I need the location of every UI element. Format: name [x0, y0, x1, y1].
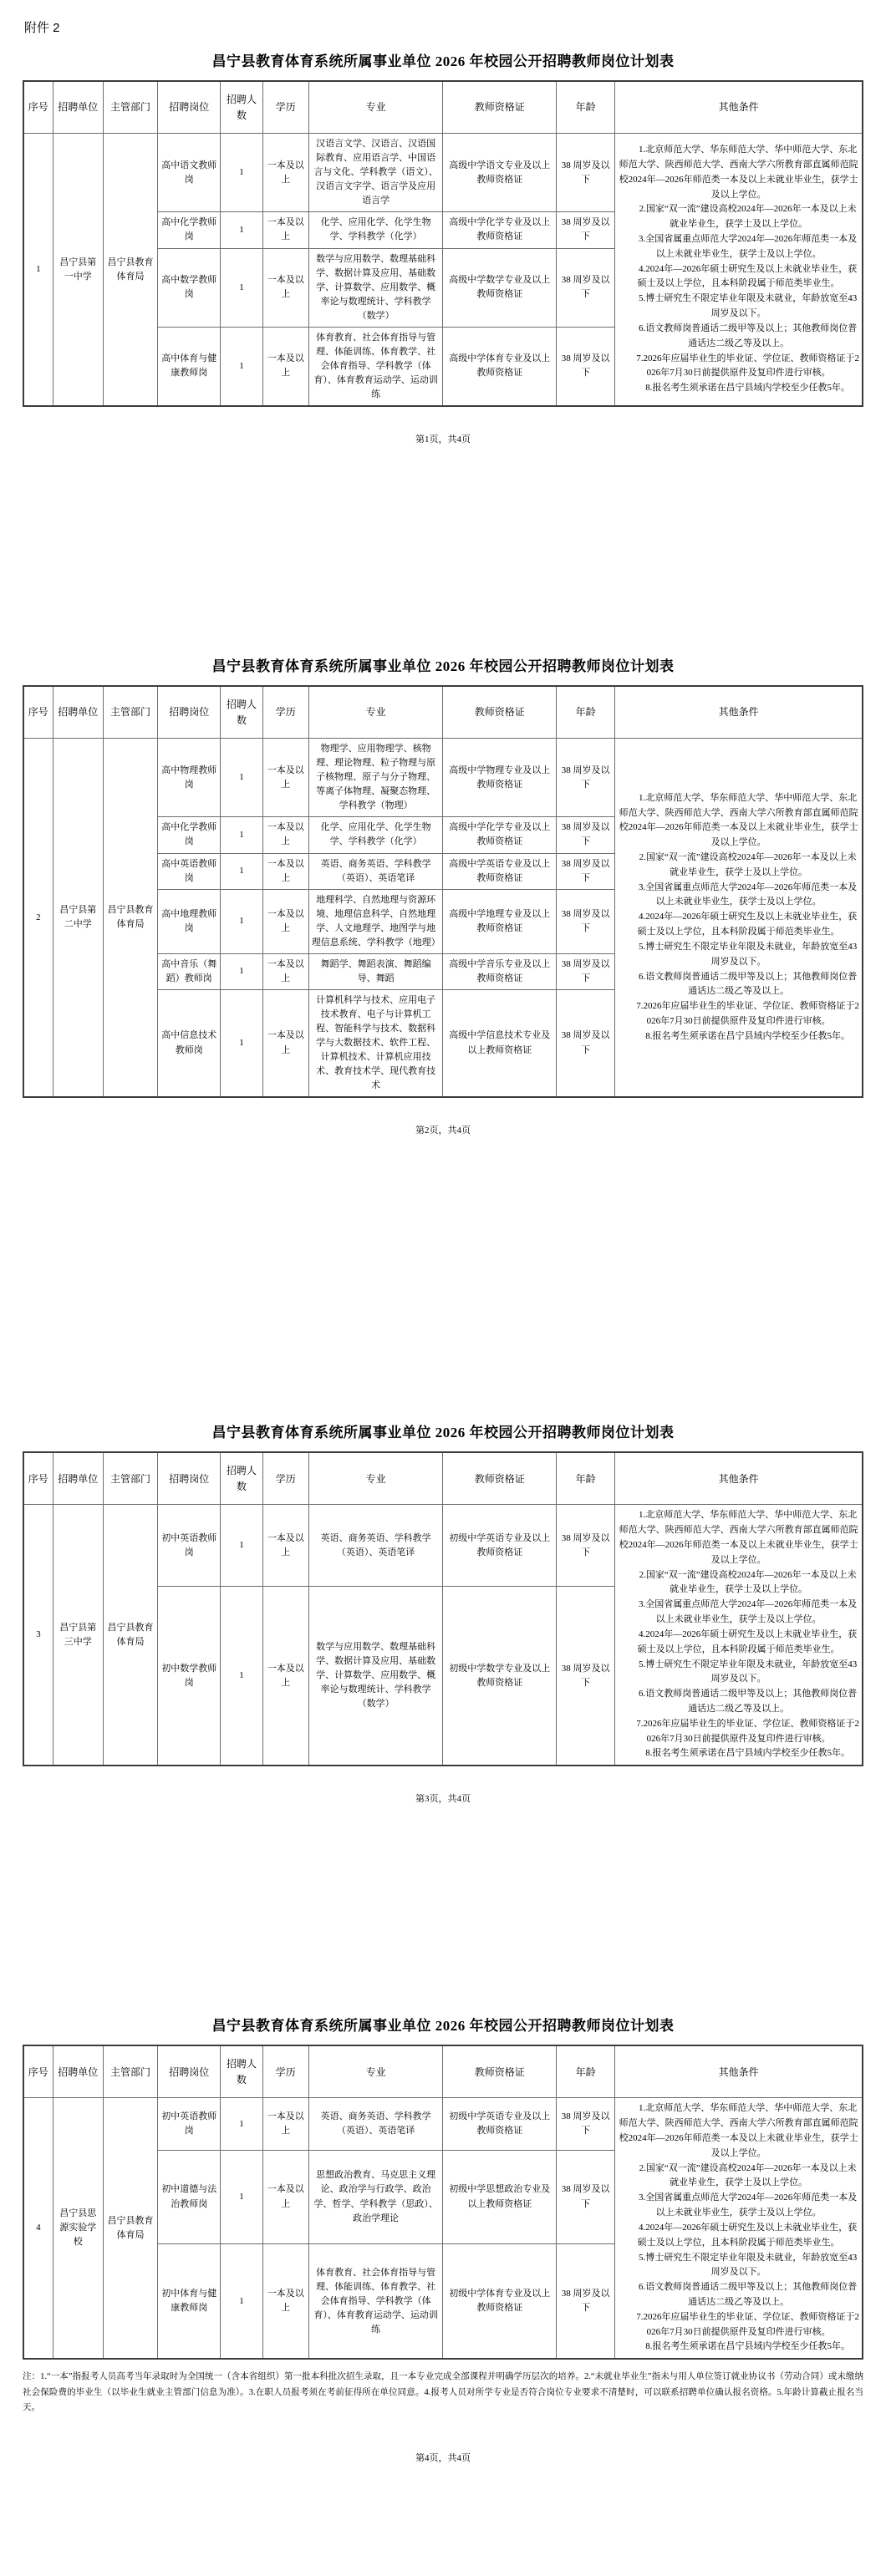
header-cell-8: 年龄 [556, 81, 614, 134]
header-cell-0: 序号 [23, 1452, 53, 1505]
count-cell: 1 [221, 953, 262, 989]
header-row: 序号招聘单位主管部门招聘岗位招聘人数学历专业教师资格证年龄其他条件 [23, 686, 863, 739]
cert-cell: 高级中学语文专业及以上教师资格证 [443, 134, 557, 212]
condition-item-8: 8.报名考生须承诺在昌宁县域内学校至少任教5年。 [618, 1029, 859, 1044]
header-cell-0: 序号 [23, 2045, 53, 2098]
header-cell-7: 教师资格证 [443, 686, 557, 739]
page-footer: 第1页，共4页 [23, 432, 863, 445]
condition-item-3: 3.全国省属重点师范大学2024年—2026年师范类一本及以上未就业毕业生，获学… [618, 881, 859, 911]
age-cell: 38 周岁及以下 [556, 134, 614, 212]
seq-cell: 4 [23, 2098, 53, 2359]
cert-cell: 高级中学化学专业及以上教师资格证 [443, 817, 557, 853]
condition-item-1: 1.北京师范大学、华东师范大学、华中师范大学、东北师范大学、陕西师范大学、西南大… [618, 143, 859, 202]
header-cell-7: 教师资格证 [443, 2045, 557, 2098]
cert-cell: 高级中学信息技术专业及以上教师资格证 [443, 989, 557, 1097]
count-cell: 1 [221, 817, 262, 853]
condition-item-8: 8.报名考生须承诺在昌宁县域内学校至少任教5年。 [618, 2340, 859, 2355]
header-cell-0: 序号 [23, 686, 53, 739]
degree-cell: 一本及以上 [262, 953, 308, 989]
page-footer: 第3页，共4页 [23, 1791, 863, 1805]
post-cell: 高中化学教师岗 [158, 212, 221, 248]
degree-cell: 一本及以上 [262, 212, 308, 248]
age-cell: 38 周岁及以下 [556, 2244, 614, 2360]
degree-cell: 一本及以上 [262, 134, 308, 212]
page-footer: 第2页，共4页 [23, 1123, 863, 1136]
cert-cell: 高级中学体育专业及以上教师资格证 [443, 327, 557, 406]
major-cell: 英语、商务英语、学科教学（英语）、英语笔译 [308, 2098, 443, 2151]
post-cell: 高中音乐（舞蹈）教师岗 [158, 953, 221, 989]
count-cell: 1 [221, 853, 262, 889]
recruitment-table: 序号招聘单位主管部门招聘岗位招聘人数学历专业教师资格证年龄其他条件3昌宁县第三中… [23, 1451, 863, 1766]
cert-cell: 高级中学音乐专业及以上教师资格证 [443, 953, 557, 989]
cert-cell: 高级中学数学专业及以上教师资格证 [443, 248, 557, 327]
notes-text: 注：1.“一本”指报考人员高考当年录取时为全国统一（含本省组织）第一批本科批次招… [23, 2370, 863, 2416]
major-cell: 物理学、应用物理学、核物理、理论物理、粒子物理与原子核物理、原子与分子物理、等离… [308, 739, 443, 817]
header-cell-5: 学历 [262, 686, 308, 739]
table-header: 序号招聘单位主管部门招聘岗位招聘人数学历专业教师资格证年龄其他条件 [23, 686, 863, 739]
post-cell: 初中英语教师岗 [158, 1505, 221, 1587]
age-cell: 38 周岁及以下 [556, 817, 614, 853]
major-cell: 地理科学、自然地理与资源环境、地理信息科学、自然地理学、人文地理学、地图学与地理… [308, 889, 443, 953]
cert-cell: 高级中学物理专业及以上教师资格证 [443, 739, 557, 817]
cert-cell: 初级中学英语专业及以上教师资格证 [443, 1505, 557, 1587]
condition-item-6: 6.语文教师岗普通话二级甲等及以上；其他教师岗位普通话达二级乙等及以上。 [618, 970, 859, 1000]
age-cell: 38 周岁及以下 [556, 2150, 614, 2243]
header-cell-6: 专业 [308, 686, 443, 739]
cert-cell: 初级中学数学专业及以上教师资格证 [443, 1587, 557, 1766]
page-title: 昌宁县教育体育系统所属事业单位 2026 年校园公开招聘教师岗位计划表 [23, 654, 863, 675]
conditions-cell: 1.北京师范大学、华东师范大学、华中师范大学、东北师范大学、陕西师范大学、西南大… [615, 739, 863, 1098]
table-body: 3昌宁县第三中学昌宁县教育体育局初中英语教师岗1一本及以上英语、商务英语、学科教… [23, 1505, 863, 1766]
table-body: 2昌宁县第二中学昌宁县教育体育局高中物理教师岗1一本及以上物理学、应用物理学、核… [23, 739, 863, 1098]
header-cell-6: 专业 [308, 2045, 443, 2098]
dept-cell: 昌宁县教育体育局 [103, 739, 157, 1098]
recruitment-table: 序号招聘单位主管部门招聘岗位招聘人数学历专业教师资格证年龄其他条件2昌宁县第二中… [23, 685, 863, 1098]
age-cell: 38 周岁及以下 [556, 327, 614, 406]
post-cell: 高中数学教师岗 [158, 248, 221, 327]
header-cell-4: 招聘人数 [221, 81, 262, 134]
condition-item-6: 6.语文教师岗普通话二级甲等及以上；其他教师岗位普通话达二级乙等及以上。 [618, 322, 859, 352]
seq-cell: 3 [23, 1505, 53, 1766]
condition-item-7: 7.2026年应届毕业生的毕业证、学位证、教师资格证于2026年7月30日前提供… [618, 999, 859, 1029]
condition-item-7: 7.2026年应届毕业生的毕业证、学位证、教师资格证于2026年7月30日前提供… [618, 2310, 859, 2340]
page-title: 昌宁县教育体育系统所属事业单位 2026 年校园公开招聘教师岗位计划表 [23, 49, 863, 70]
post-cell: 高中英语教师岗 [158, 853, 221, 889]
condition-item-2: 2.国家“双一流”建设高校2024年—2026年一本及以上未就业毕业生，获学士及… [618, 2162, 859, 2192]
count-cell: 1 [221, 2150, 262, 2243]
header-cell-4: 招聘人数 [221, 686, 262, 739]
header-cell-9: 其他条件 [615, 2045, 863, 2098]
post-cell: 初中体育与健康教师岗 [158, 2244, 221, 2360]
recruitment-table: 序号招聘单位主管部门招聘岗位招聘人数学历专业教师资格证年龄其他条件4昌宁县思源实… [23, 2045, 863, 2360]
condition-item-4: 4.2024年—2026年硕士研究生及以上未就业毕业生，获硕士及以上学位，且本科… [618, 262, 859, 292]
condition-item-7: 7.2026年应届毕业生的毕业证、学位证、教师资格证于2026年7月30日前提供… [618, 352, 859, 382]
age-cell: 38 周岁及以下 [556, 2098, 614, 2151]
header-cell-5: 学历 [262, 2045, 308, 2098]
count-cell: 1 [221, 2244, 262, 2360]
major-cell: 汉语言文学、汉语言、汉语国际教育、应用语言学、中国语言与文化、学科教学（语文）、… [308, 134, 443, 212]
cert-cell: 高级中学地理专业及以上教师资格证 [443, 889, 557, 953]
count-cell: 1 [221, 327, 262, 406]
header-row: 序号招聘单位主管部门招聘岗位招聘人数学历专业教师资格证年龄其他条件 [23, 81, 863, 134]
header-cell-4: 招聘人数 [221, 1452, 262, 1505]
page-title: 昌宁县教育体育系统所属事业单位 2026 年校园公开招聘教师岗位计划表 [23, 2014, 863, 2035]
condition-item-5: 5.博士研究生不限定毕业年限及未就业，年龄放宽至43周岁及以下。 [618, 292, 859, 322]
condition-item-1: 1.北京师范大学、华东师范大学、华中师范大学、东北师范大学、陕西师范大学、西南大… [618, 1508, 859, 1567]
table-row: 4昌宁县思源实验学校昌宁县教育体育局初中英语教师岗1一本及以上英语、商务英语、学… [23, 2098, 863, 2151]
condition-item-1: 1.北京师范大学、华东师范大学、华中师范大学、东北师范大学、陕西师范大学、西南大… [618, 2101, 859, 2161]
count-cell: 1 [221, 889, 262, 953]
condition-item-5: 5.博士研究生不限定毕业年限及未就业，年龄放宽至43周岁及以下。 [618, 2251, 859, 2281]
age-cell: 38 周岁及以下 [556, 853, 614, 889]
count-cell: 1 [221, 739, 262, 817]
conditions-cell: 1.北京师范大学、华东师范大学、华中师范大学、东北师范大学、陕西师范大学、西南大… [615, 134, 863, 406]
major-cell: 化学、应用化学、化学生物学、学科教学（化学） [308, 212, 443, 248]
cert-cell: 初级中学英语专业及以上教师资格证 [443, 2098, 557, 2151]
condition-item-6: 6.语文教师岗普通话二级甲等及以上；其他教师岗位普通话达二级乙等及以上。 [618, 1687, 859, 1717]
table-header: 序号招聘单位主管部门招聘岗位招聘人数学历专业教师资格证年龄其他条件 [23, 2045, 863, 2098]
cert-cell: 高级中学英语专业及以上教师资格证 [443, 853, 557, 889]
unit-cell: 昌宁县第一中学 [53, 134, 103, 406]
header-cell-1: 招聘单位 [53, 2045, 103, 2098]
condition-item-2: 2.国家“双一流”建设高校2024年—2026年一本及以上未就业毕业生，获学士及… [618, 202, 859, 232]
post-cell: 初中英语教师岗 [158, 2098, 221, 2151]
table-row: 3昌宁县第三中学昌宁县教育体育局初中英语教师岗1一本及以上英语、商务英语、学科教… [23, 1505, 863, 1587]
post-cell: 初中道德与法治教师岗 [158, 2150, 221, 2243]
major-cell: 化学、应用化学、化学生物学、学科教学（化学） [308, 817, 443, 853]
page-3: 昌宁县教育体育系统所属事业单位 2026 年校园公开招聘教师岗位计划表序号招聘单… [0, 1402, 886, 1805]
header-cell-1: 招聘单位 [53, 81, 103, 134]
age-cell: 38 周岁及以下 [556, 889, 614, 953]
header-cell-2: 主管部门 [103, 2045, 157, 2098]
condition-item-1: 1.北京师范大学、华东师范大学、华中师范大学、东北师范大学、陕西师范大学、西南大… [618, 791, 859, 851]
cert-cell: 高级中学化学专业及以上教师资格证 [443, 212, 557, 248]
page-1: 附件 2昌宁县教育体育系统所属事业单位 2026 年校园公开招聘教师岗位计划表序… [0, 0, 886, 445]
count-cell: 1 [221, 248, 262, 327]
seq-cell: 1 [23, 134, 53, 406]
header-cell-9: 其他条件 [615, 686, 863, 739]
header-row: 序号招聘单位主管部门招聘岗位招聘人数学历专业教师资格证年龄其他条件 [23, 1452, 863, 1505]
header-cell-7: 教师资格证 [443, 81, 557, 134]
major-cell: 数学与应用数学、数理基础科学、数据计算及应用、基础数学、计算数学、应用数学、概率… [308, 1587, 443, 1766]
age-cell: 38 周岁及以下 [556, 739, 614, 817]
page-title: 昌宁县教育体育系统所属事业单位 2026 年校园公开招聘教师岗位计划表 [23, 1420, 863, 1441]
table-body: 4昌宁县思源实验学校昌宁县教育体育局初中英语教师岗1一本及以上英语、商务英语、学… [23, 2098, 863, 2359]
table-body: 1昌宁县第一中学昌宁县教育体育局高中语文教师岗1一本及以上汉语言文学、汉语言、汉… [23, 134, 863, 406]
header-cell-1: 招聘单位 [53, 686, 103, 739]
degree-cell: 一本及以上 [262, 327, 308, 406]
header-cell-8: 年龄 [556, 1452, 614, 1505]
header-cell-7: 教师资格证 [443, 1452, 557, 1505]
age-cell: 38 周岁及以下 [556, 953, 614, 989]
header-cell-0: 序号 [23, 81, 53, 134]
seq-cell: 2 [23, 739, 53, 1098]
header-cell-3: 招聘岗位 [158, 2045, 221, 2098]
dept-cell: 昌宁县教育体育局 [103, 1505, 157, 1766]
age-cell: 38 周岁及以下 [556, 1505, 614, 1587]
table-header: 序号招聘单位主管部门招聘岗位招聘人数学历专业教师资格证年龄其他条件 [23, 81, 863, 134]
condition-item-4: 4.2024年—2026年硕士研究生及以上未就业毕业生，获硕士及以上学位，且本科… [618, 2221, 859, 2251]
unit-cell: 昌宁县思源实验学校 [53, 2098, 103, 2359]
condition-item-4: 4.2024年—2026年硕士研究生及以上未就业毕业生，获硕士及以上学位，且本科… [618, 1628, 859, 1658]
post-cell: 高中物理教师岗 [158, 739, 221, 817]
dept-cell: 昌宁县教育体育局 [103, 134, 157, 406]
cert-cell: 初级中学思想政治专业及以上教师资格证 [443, 2150, 557, 2243]
condition-item-4: 4.2024年—2026年硕士研究生及以上未就业毕业生，获硕士及以上学位，且本科… [618, 910, 859, 940]
header-cell-6: 专业 [308, 1452, 443, 1505]
count-cell: 1 [221, 1505, 262, 1587]
header-cell-2: 主管部门 [103, 686, 157, 739]
table-row: 2昌宁县第二中学昌宁县教育体育局高中物理教师岗1一本及以上物理学、应用物理学、核… [23, 739, 863, 817]
post-cell: 高中信息技术教师岗 [158, 989, 221, 1097]
post-cell: 高中语文教师岗 [158, 134, 221, 212]
table-header: 序号招聘单位主管部门招聘岗位招聘人数学历专业教师资格证年龄其他条件 [23, 1452, 863, 1505]
condition-item-7: 7.2026年应届毕业生的毕业证、学位证、教师资格证于2026年7月30日前提供… [618, 1717, 859, 1747]
condition-item-3: 3.全国省属重点师范大学2024年—2026年师范类一本及以上未就业毕业生，获学… [618, 1598, 859, 1628]
header-cell-3: 招聘岗位 [158, 81, 221, 134]
unit-cell: 昌宁县第二中学 [53, 739, 103, 1098]
header-cell-8: 年龄 [556, 686, 614, 739]
document-container: 附件 2昌宁县教育体育系统所属事业单位 2026 年校园公开招聘教师岗位计划表序… [0, 0, 886, 2464]
major-cell: 思想政治教育、马克思主义理论、政治学与行政学、政治学、哲学、学科教学（思政）、政… [308, 2150, 443, 2243]
major-cell: 数学与应用数学、数理基础科学、数据计算及应用、基础数学、计算数学、应用数学、概率… [308, 248, 443, 327]
major-cell: 英语、商务英语、学科教学（英语）、英语笔译 [308, 853, 443, 889]
major-cell: 体育教育、社会体育指导与管理、体能训练、体育教学、社会体育指导、学科教学（体育）… [308, 327, 443, 406]
major-cell: 英语、商务英语、学科教学（英语）、英语笔译 [308, 1505, 443, 1587]
header-cell-2: 主管部门 [103, 81, 157, 134]
count-cell: 1 [221, 134, 262, 212]
header-cell-9: 其他条件 [615, 81, 863, 134]
degree-cell: 一本及以上 [262, 889, 308, 953]
header-cell-1: 招聘单位 [53, 1452, 103, 1505]
count-cell: 1 [221, 212, 262, 248]
degree-cell: 一本及以上 [262, 2244, 308, 2360]
page-2: 昌宁县教育体育系统所属事业单位 2026 年校园公开招聘教师岗位计划表序号招聘单… [0, 636, 886, 1136]
dept-cell: 昌宁县教育体育局 [103, 2098, 157, 2359]
major-cell: 计算机科学与技术、应用电子技术教育、电子与计算机工程、智能科学与技术、数据科学与… [308, 989, 443, 1097]
condition-item-2: 2.国家“双一流”建设高校2024年—2026年一本及以上未就业毕业生，获学士及… [618, 851, 859, 881]
post-cell: 高中体育与健康教师岗 [158, 327, 221, 406]
condition-item-3: 3.全国省属重点师范大学2024年—2026年师范类一本及以上未就业毕业生，获学… [618, 2191, 859, 2221]
header-cell-9: 其他条件 [615, 1452, 863, 1505]
degree-cell: 一本及以上 [262, 1505, 308, 1587]
header-cell-4: 招聘人数 [221, 2045, 262, 2098]
condition-item-5: 5.博士研究生不限定毕业年限及未就业，年龄放宽至43周岁及以下。 [618, 1658, 859, 1688]
major-cell: 体育教育、社会体育指导与管理、体能训练、体育教学、社会体育指导、学科教学（体育）… [308, 2244, 443, 2360]
degree-cell: 一本及以上 [262, 1587, 308, 1766]
post-cell: 高中化学教师岗 [158, 817, 221, 853]
count-cell: 1 [221, 2098, 262, 2151]
count-cell: 1 [221, 989, 262, 1097]
degree-cell: 一本及以上 [262, 2150, 308, 2243]
header-row: 序号招聘单位主管部门招聘岗位招聘人数学历专业教师资格证年龄其他条件 [23, 2045, 863, 2098]
post-cell: 高中地理教师岗 [158, 889, 221, 953]
unit-cell: 昌宁县第三中学 [53, 1505, 103, 1766]
header-cell-5: 学历 [262, 1452, 308, 1505]
degree-cell: 一本及以上 [262, 989, 308, 1097]
header-cell-3: 招聘岗位 [158, 1452, 221, 1505]
major-cell: 舞蹈学、舞蹈表演、舞蹈编导、舞蹈 [308, 953, 443, 989]
condition-item-2: 2.国家“双一流”建设高校2024年—2026年一本及以上未就业毕业生，获学士及… [618, 1568, 859, 1598]
age-cell: 38 周岁及以下 [556, 212, 614, 248]
header-cell-3: 招聘岗位 [158, 686, 221, 739]
condition-item-6: 6.语文教师岗普通话二级甲等及以上；其他教师岗位普通话达二级乙等及以上。 [618, 2280, 859, 2310]
recruitment-table: 序号招聘单位主管部门招聘岗位招聘人数学历专业教师资格证年龄其他条件1昌宁县第一中… [23, 80, 863, 407]
attachment-label: 附件 2 [24, 18, 863, 36]
header-cell-2: 主管部门 [103, 1452, 157, 1505]
post-cell: 初中数学教师岗 [158, 1587, 221, 1766]
header-cell-5: 学历 [262, 81, 308, 134]
conditions-cell: 1.北京师范大学、华东师范大学、华中师范大学、东北师范大学、陕西师范大学、西南大… [615, 1505, 863, 1766]
page-4: 昌宁县教育体育系统所属事业单位 2026 年校园公开招聘教师岗位计划表序号招聘单… [0, 1995, 886, 2464]
conditions-cell: 1.北京师范大学、华东师范大学、华中师范大学、东北师范大学、陕西师范大学、西南大… [615, 2098, 863, 2359]
page-footer: 第4页，共4页 [23, 2451, 863, 2464]
condition-item-8: 8.报名考生须承诺在昌宁县域内学校至少任教5年。 [618, 1746, 859, 1761]
table-row: 1昌宁县第一中学昌宁县教育体育局高中语文教师岗1一本及以上汉语言文学、汉语言、汉… [23, 134, 863, 212]
age-cell: 38 周岁及以下 [556, 989, 614, 1097]
age-cell: 38 周岁及以下 [556, 248, 614, 327]
condition-item-5: 5.博士研究生不限定毕业年限及未就业，年龄放宽至43周岁及以下。 [618, 940, 859, 970]
condition-item-3: 3.全国省属重点师范大学2024年—2026年师范类一本及以上未就业毕业生，获学… [618, 232, 859, 262]
header-cell-6: 专业 [308, 81, 443, 134]
degree-cell: 一本及以上 [262, 739, 308, 817]
degree-cell: 一本及以上 [262, 853, 308, 889]
age-cell: 38 周岁及以下 [556, 1587, 614, 1766]
header-cell-8: 年龄 [556, 2045, 614, 2098]
cert-cell: 初级中学体育专业及以上教师资格证 [443, 2244, 557, 2360]
degree-cell: 一本及以上 [262, 817, 308, 853]
degree-cell: 一本及以上 [262, 248, 308, 327]
condition-item-8: 8.报名考生须承诺在昌宁县域内学校至少任教5年。 [618, 381, 859, 396]
degree-cell: 一本及以上 [262, 2098, 308, 2151]
count-cell: 1 [221, 1587, 262, 1766]
